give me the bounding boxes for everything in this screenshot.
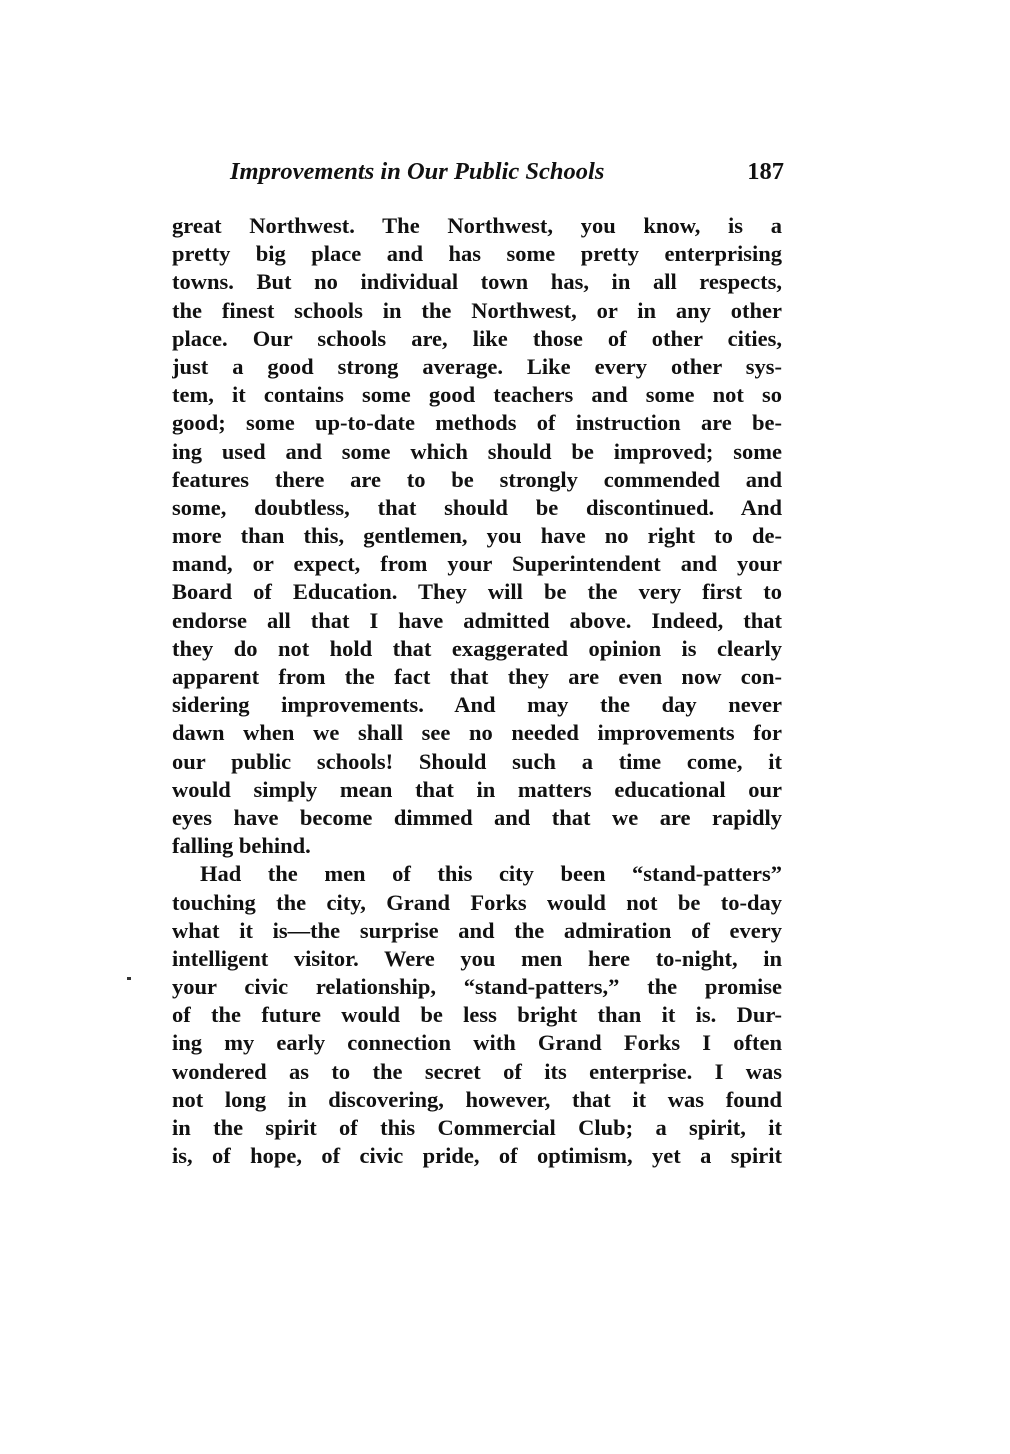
text-line: falling behind. bbox=[172, 832, 782, 860]
text-line: what it is—the surprise and the admirati… bbox=[172, 917, 782, 945]
text-line: towns. But no individual town has, in al… bbox=[172, 268, 782, 296]
text-line: sidering improvements. And may the day n… bbox=[172, 691, 782, 719]
text-line: mand, or expect, from your Superintenden… bbox=[172, 550, 782, 578]
scan-speck bbox=[127, 977, 131, 980]
text-line: some, doubtless, that should be disconti… bbox=[172, 494, 782, 522]
text-line: great Northwest. The Northwest, you know… bbox=[172, 212, 782, 240]
text-line: ing used and some which should be improv… bbox=[172, 438, 782, 466]
body-text: great Northwest. The Northwest, you know… bbox=[172, 212, 782, 1170]
text-line: apparent from the fact that they are eve… bbox=[172, 663, 782, 691]
text-line: in the spirit of this Commercial Club; a… bbox=[172, 1114, 782, 1142]
page-number: 187 bbox=[747, 158, 784, 186]
running-title: Improvements in Our Public Schools bbox=[230, 158, 604, 186]
text-line: is, of hope, of civic pride, of optimism… bbox=[172, 1142, 782, 1170]
text-line: just a good strong average. Like every o… bbox=[172, 353, 782, 381]
text-line: touching the city, Grand Forks would not… bbox=[172, 889, 782, 917]
text-line: dawn when we shall see no needed improve… bbox=[172, 719, 782, 747]
text-line: eyes have become dimmed and that we are … bbox=[172, 804, 782, 832]
text-line: would simply mean that in matters educat… bbox=[172, 776, 782, 804]
text-line: ing my early connection with Grand Forks… bbox=[172, 1029, 782, 1057]
text-line: pretty big place and has some pretty ent… bbox=[172, 240, 782, 268]
text-line: intelligent visitor. Were you men here t… bbox=[172, 945, 782, 973]
text-line: Board of Education. They will be the ver… bbox=[172, 578, 782, 606]
text-line: tem, it contains some good teachers and … bbox=[172, 381, 782, 409]
running-head: Improvements in Our Public Schools 187 bbox=[200, 158, 784, 188]
text-line: they do not hold that exaggerated opinio… bbox=[172, 635, 782, 663]
text-line: the finest schools in the Northwest, or … bbox=[172, 297, 782, 325]
paragraph-2: Had the men of this city been “stand-pat… bbox=[172, 860, 782, 1170]
text-line: place. Our schools are, like those of ot… bbox=[172, 325, 782, 353]
text-line: features there are to be strongly commen… bbox=[172, 466, 782, 494]
text-line: more than this, gentlemen, you have no r… bbox=[172, 522, 782, 550]
text-line: wondered as to the secret of its enterpr… bbox=[172, 1058, 782, 1086]
text-line: our public schools! Should such a time c… bbox=[172, 748, 782, 776]
text-line: endorse all that I have admitted above. … bbox=[172, 607, 782, 635]
text-line: your civic relationship, “stand-patters,… bbox=[172, 973, 782, 1001]
text-line: Had the men of this city been “stand-pat… bbox=[172, 860, 782, 888]
book-page: Improvements in Our Public Schools 187 g… bbox=[0, 0, 1010, 1454]
text-line: good; some up-to-date methods of instruc… bbox=[172, 409, 782, 437]
paragraph-1: great Northwest. The Northwest, you know… bbox=[172, 212, 782, 860]
text-line: not long in discovering, however, that i… bbox=[172, 1086, 782, 1114]
text-line: of the future would be less bright than … bbox=[172, 1001, 782, 1029]
